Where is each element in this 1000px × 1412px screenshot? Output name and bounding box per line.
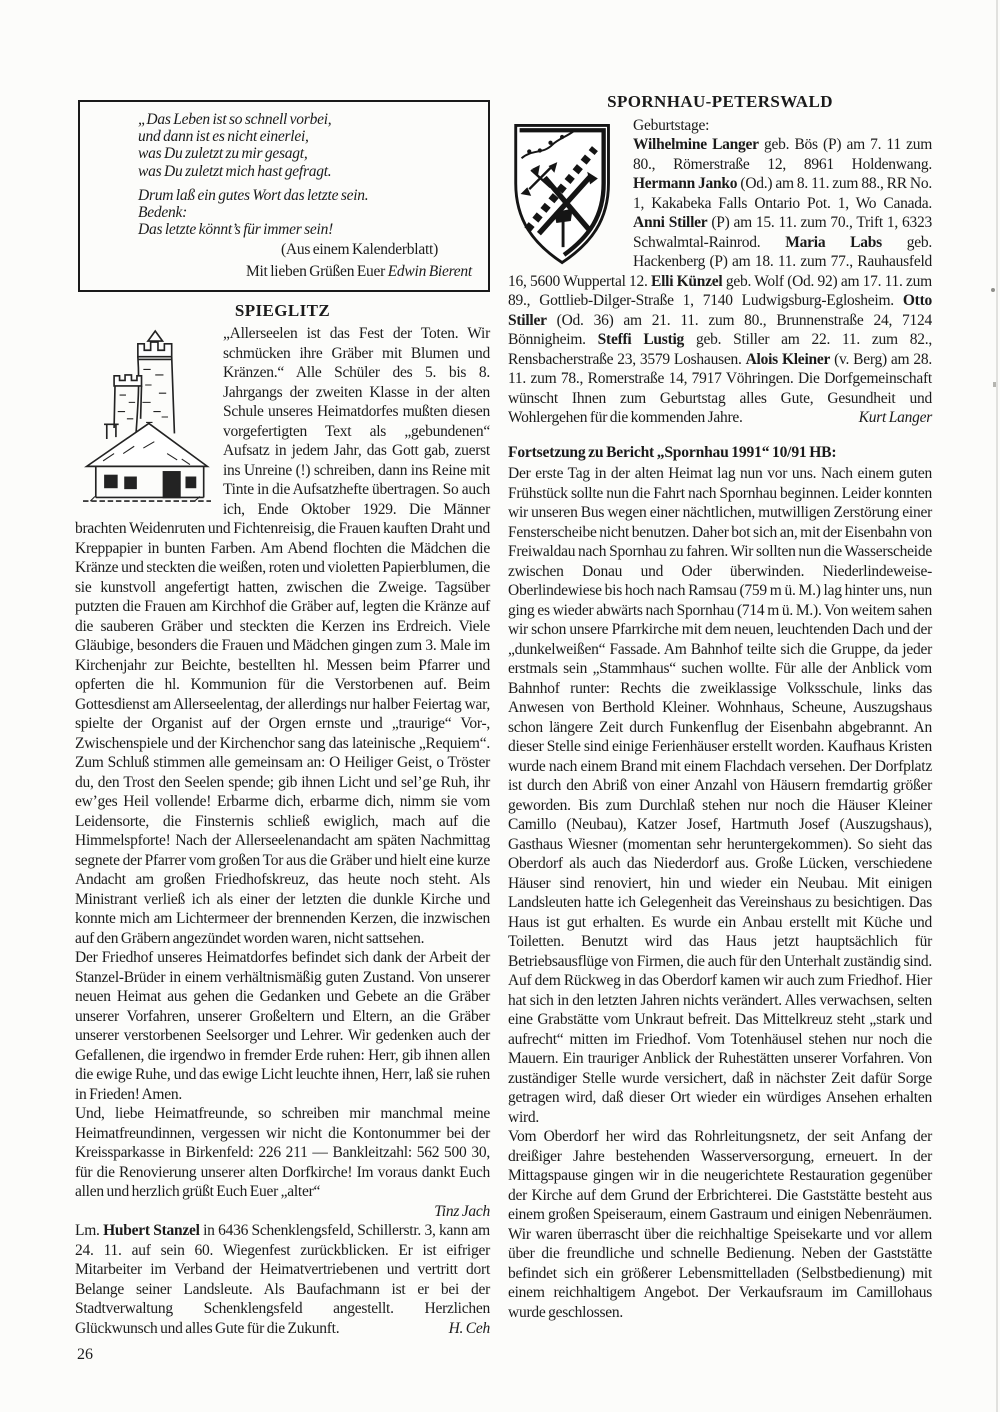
text-segment: Mit lieben Grüßen Euer — [246, 263, 388, 280]
poem-stanza-1: „Das Leben ist so schnell vorbei,und dan… — [138, 111, 474, 180]
poem-line: was Du zuletzt zu mir gesagt, — [138, 145, 474, 162]
poem-line: „Das Leben ist so schnell vorbei, — [138, 111, 474, 128]
coat-of-arms-icon — [508, 119, 622, 269]
page-number: 26 — [77, 1346, 93, 1364]
poem-closing: Mit lieben Grüßen Euer Edwin Bierent — [138, 263, 474, 280]
text-segment: Elli Künzel — [651, 273, 723, 290]
text-segment: Hermann Janko — [633, 175, 737, 192]
report-paragraph-1: Der erste Tag in der alten Heimat lag nu… — [508, 464, 932, 1127]
birthdays-block: Geburtstage: Wilhelmine Langer geb. Bös … — [508, 116, 932, 428]
poem-line: was Du zuletzt mich hast gefragt. — [138, 163, 474, 180]
poem-line: Bedenk: — [138, 204, 474, 221]
poem-stanza-2: Drum laß ein gutes Wort das letzte sein.… — [138, 187, 474, 239]
tower-illustration — [83, 327, 211, 507]
poem-line: und dann ist es nicht einerlei, — [138, 128, 474, 145]
text-segment: Wilhelmine Langer — [633, 136, 759, 153]
coat-of-arms-drawing — [516, 125, 609, 262]
scan-speck — [993, 382, 996, 387]
text-segment: Alois Kleiner — [746, 351, 831, 368]
section-heading-spieglitz: SPIEGLITZ — [75, 301, 490, 321]
text-segment: Steffi Lustig — [598, 331, 684, 348]
signature-tinz-jach: Tinz Jach — [75, 1202, 490, 1222]
report-paragraph-2: Vom Oberdorf her wird das Rohrleitungsne… — [508, 1127, 932, 1322]
poem-stanza-gap — [138, 180, 474, 187]
scan-edge-artifact — [996, 0, 998, 1412]
text-segment: Hubert Stanzel — [103, 1222, 200, 1239]
spieglitz-paragraph-2: Der Friedhof unseres Heimatdorfes befind… — [75, 948, 490, 1104]
text-segment: Lm. — [75, 1222, 103, 1239]
scanned-newsletter-page: { "page": { "number": "26" }, "colors": … — [0, 0, 1000, 1412]
left-column: „Das Leben ist so schnell vorbei,und dan… — [75, 100, 490, 1338]
scan-speck — [991, 288, 995, 292]
report-heading: Fortsetzung zu Bericht „Spornhau 1991“ 1… — [508, 443, 932, 463]
poem-attribution: (Aus einem Kalenderblatt) — [138, 241, 474, 258]
text-segment: Edwin Bierent — [388, 263, 472, 280]
section-heading-spornhau-peterswald: SPORNHAU-PETERSWALD — [508, 92, 932, 112]
text-segment: Anni Stiller — [633, 214, 707, 231]
text-segment: Maria Labs — [785, 234, 882, 251]
coat-of-arms-icon — [508, 119, 622, 269]
spieglitz-paragraph-1: „Allerseelen ist das Fest der Toten. Wir… — [75, 324, 490, 948]
tower-illustration — [83, 327, 211, 507]
poem-line: Drum laß ein gutes Wort das letzte sein. — [138, 187, 474, 204]
tower-drawing — [83, 331, 211, 501]
right-column: SPORNHAU-PETERSWALD — [508, 92, 932, 1322]
poem-box: „Das Leben ist so schnell vorbei,und dan… — [78, 100, 490, 292]
poem-line: Das letzte könnt’s für immer sein! — [138, 221, 474, 238]
spieglitz-paragraph-3: Und, liebe Heimatfreunde, so schreiben m… — [75, 1104, 490, 1202]
